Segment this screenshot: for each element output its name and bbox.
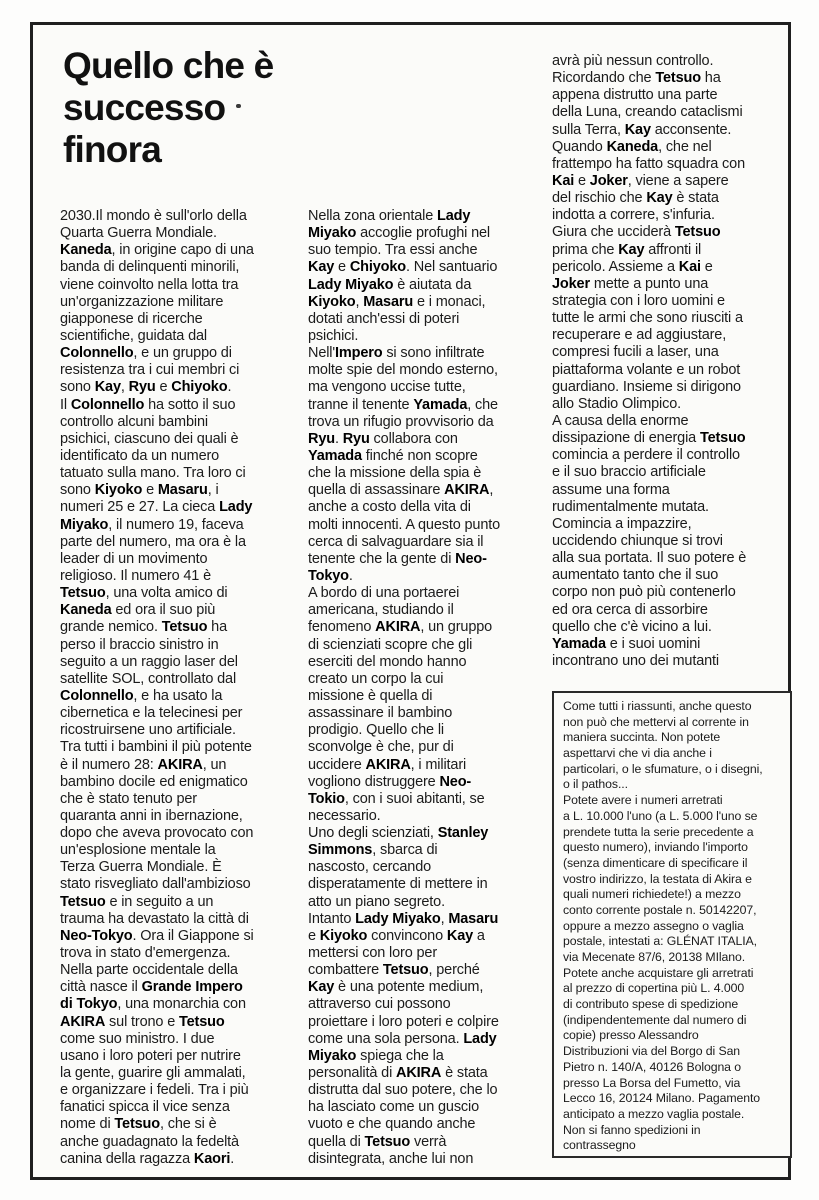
- text-run: e in seguito a un: [106, 894, 214, 910]
- text-line: nascosto, cercando: [308, 859, 546, 876]
- text-run: ha lasciato come un guscio: [308, 1099, 479, 1115]
- text-line: postale, intestati a: GLÉNAT ITALIA,: [563, 934, 782, 950]
- text-run: Uno degli scienziati,: [308, 825, 438, 841]
- text-line: piattaforma volante e un robot: [552, 362, 794, 379]
- text-run: che è stato tenuto per: [60, 791, 197, 807]
- bold-name: Kay: [646, 190, 672, 206]
- text-run: Potete anche acquistare gli arretrati: [563, 966, 753, 980]
- text-run: trova in stato d'emergenza.: [60, 945, 230, 961]
- text-line: canina della ragazza Kaori.: [60, 1151, 298, 1168]
- text-line: anticipato a mezzo vaglia postale.: [563, 1107, 782, 1123]
- text-run: canina della ragazza: [60, 1151, 194, 1167]
- text-run: Quarta Guerra Mondiale.: [60, 225, 217, 241]
- text-run: la gente, guarire gli ammalati,: [60, 1065, 246, 1081]
- text-line: ricostruirsene uno artificiale.: [60, 722, 298, 739]
- bold-name: Tetsuo: [675, 224, 721, 240]
- bold-name: Kay: [625, 122, 651, 138]
- text-line: Miyako, il numero 19, faceva: [60, 517, 298, 534]
- text-run: identificato da un numero: [60, 448, 219, 464]
- text-line: Uno degli scienziati, Stanley: [308, 825, 546, 842]
- text-line: prima che Kay affronti il: [552, 242, 794, 259]
- text-run: , che: [467, 397, 498, 413]
- text-line: missione è quella di: [308, 688, 546, 705]
- text-run: (senza dimenticare di specificare il: [563, 856, 747, 870]
- text-line: contrassegno: [563, 1138, 782, 1154]
- text-line: psichici, ciascuno dei quali è: [60, 431, 298, 448]
- text-line: fenomeno AKIRA, un gruppo: [308, 619, 546, 636]
- text-run: religioso. Il numero 41 è: [60, 568, 211, 584]
- text-line: A causa della enorme: [552, 413, 794, 430]
- bold-name: Kay: [308, 979, 334, 995]
- text-run: quaranta anni in ibernazione,: [60, 808, 243, 824]
- text-run: compresi fucili a laser, una: [552, 344, 719, 360]
- text-run: satellite SOL, controllato dal: [60, 671, 236, 687]
- text-run: . Ora il Giappone si: [133, 928, 254, 944]
- text-run: Pietro n. 140/A, 40126 Bologna o: [563, 1060, 741, 1074]
- text-run: resistenza tra i cui membri ci: [60, 362, 239, 378]
- text-run: anche a costo della vita di: [308, 499, 471, 515]
- text-run: , che si è: [160, 1116, 217, 1132]
- text-run: frattempo ha fatto squadra con: [552, 156, 745, 172]
- text-line: Quando Kaneda, che nel: [552, 139, 794, 156]
- text-run: prodigio. Quello che li: [308, 722, 444, 738]
- text-line: quello che c'è vicino a lui.: [552, 619, 794, 636]
- text-line: particolari, o le sfumature, o i disegni…: [563, 762, 782, 778]
- text-line: di Tokyo, una monarchia con: [60, 996, 298, 1013]
- text-run: ,: [489, 482, 493, 498]
- text-run: un'organizzazione militare: [60, 294, 223, 310]
- text-run: incontrano uno dei mutanti: [552, 653, 719, 669]
- text-line: trauma ha devastato la città di: [60, 911, 298, 928]
- text-line: Kai e Joker, viene a sapere: [552, 173, 794, 190]
- text-run: cerca di salvaguardare sia il: [308, 534, 483, 550]
- text-line: a L. 10.000 l'uno (a L. 5.000 l'uno se: [563, 809, 782, 825]
- bold-name: Masaru: [448, 911, 498, 927]
- text-run: quello che c'è vicino a lui.: [552, 619, 712, 635]
- text-run: quella di assassinare: [308, 482, 444, 498]
- text-run: grande nemico.: [60, 619, 162, 635]
- bold-name: Impero: [335, 345, 382, 361]
- bold-name: Tetsuo: [365, 1134, 411, 1150]
- back-issues-info-box: Come tutti i riassunti, anche questonon …: [552, 691, 792, 1158]
- text-run: acconsente.: [651, 122, 731, 138]
- bold-name: Tokyo: [308, 568, 349, 584]
- text-run: tatuato sulla mano. Tra loro ci: [60, 465, 246, 481]
- text-run: fenomeno: [308, 619, 375, 635]
- text-run: , perché: [428, 962, 479, 978]
- text-run: aumentato tanto che il suo: [552, 567, 718, 583]
- text-run: disintegrata, anche lui non: [308, 1151, 473, 1167]
- text-run: dotati anch'essi di poteri: [308, 311, 459, 327]
- text-run: .: [349, 568, 353, 584]
- text-line: distrutta dal suo potere, che lo: [308, 1082, 546, 1099]
- text-run: e: [142, 482, 158, 498]
- text-line: presso La Borsa del Fumetto, via: [563, 1076, 782, 1092]
- text-column-2: Nella zona orientale LadyMiyako accoglie…: [308, 208, 546, 1168]
- bold-name: AKIRA: [396, 1065, 441, 1081]
- text-line: e il suo braccio artificiale: [552, 464, 794, 481]
- text-run: finché non scopre: [362, 448, 478, 464]
- text-line: di contributo spese di spedizione: [563, 997, 782, 1013]
- text-line: Colonnello, e ha usato la: [60, 688, 298, 705]
- text-line: conto corrente postale n. 50142207,: [563, 903, 782, 919]
- bold-name: Stanley: [438, 825, 489, 841]
- text-line: rudimentalmente mutata.: [552, 499, 794, 516]
- text-line: Terza Guerra Mondiale. È: [60, 859, 298, 876]
- text-run: vuoto e che quando anche: [308, 1116, 475, 1132]
- text-line: personalità di AKIRA è stata: [308, 1065, 546, 1082]
- text-line: quali numeri richiedete!) a mezzo: [563, 887, 782, 903]
- text-run: Tra tutti i bambini il più potente: [60, 739, 252, 755]
- text-line: che è stato tenuto per: [60, 791, 298, 808]
- bold-name: Tetsuo: [162, 619, 208, 635]
- text-line: la gente, guarire gli ammalati,: [60, 1065, 298, 1082]
- text-line: recuperare e ad aggiustare,: [552, 327, 794, 344]
- text-run: postale, intestati a: GLÉNAT ITALIA,: [563, 934, 757, 948]
- bold-name: Kaneda: [607, 139, 658, 155]
- text-line: maniera succinta. Non potete: [563, 730, 782, 746]
- text-line: eserciti del mondo hanno: [308, 654, 546, 671]
- text-line: Neo-Tokyo. Ora il Giappone si: [60, 928, 298, 945]
- text-line: americana, studiando il: [308, 602, 546, 619]
- text-run: Nella parte occidentale della: [60, 962, 238, 978]
- text-run: è stata: [441, 1065, 487, 1081]
- text-run: nome di: [60, 1116, 114, 1132]
- text-run: trauma ha devastato la città di: [60, 911, 249, 927]
- text-run: si sono infiltrate: [382, 345, 484, 361]
- text-line: bambino docile ed enigmatico: [60, 774, 298, 791]
- text-run: quella di: [308, 1134, 365, 1150]
- text-run: , un gruppo: [420, 619, 492, 635]
- bold-name: Ryu: [129, 379, 156, 395]
- text-line: del rischio che Kay è stata: [552, 190, 794, 207]
- text-line: tranne il tenente Yamada, che: [308, 397, 546, 414]
- bold-name: Miyako: [60, 517, 108, 533]
- text-run: pericolo. Assieme a: [552, 259, 679, 275]
- text-line: come suo ministro. I due: [60, 1031, 298, 1048]
- text-line: Kaneda, in origine capo di una: [60, 242, 298, 259]
- text-line: Giura che ucciderà Tetsuo: [552, 224, 794, 241]
- bold-name: Simmons: [308, 842, 372, 858]
- text-line: appena distrutto una parte: [552, 87, 794, 104]
- text-line: Potete avere i numeri arretrati: [563, 793, 782, 809]
- text-line: come una sola persona. Lady: [308, 1031, 546, 1048]
- bold-name: Kiyoko: [320, 928, 367, 944]
- bold-name: Neo-Tokyo: [60, 928, 133, 944]
- text-line: disperatamente di mettere in: [308, 876, 546, 893]
- text-run: viene coinvolto nella lotta tra: [60, 277, 238, 293]
- text-run: , il numero 19, faceva: [108, 517, 243, 533]
- text-run: Comincia a impazzire,: [552, 516, 691, 532]
- text-line: Colonnello, e un gruppo di: [60, 345, 298, 362]
- text-run: perso il braccio sinistro in: [60, 637, 219, 653]
- bold-name: Yamada: [413, 397, 467, 413]
- text-line: Miyako spiega che la: [308, 1048, 546, 1065]
- text-run: e organizzare i fedeli. Tra i più: [60, 1082, 249, 1098]
- text-run: di scienziati scopre che gli: [308, 637, 472, 653]
- text-line: è il numero 28: AKIRA, un: [60, 757, 298, 774]
- text-line: Tetsuo, una volta amico di: [60, 585, 298, 602]
- text-run: parte del numero, ma ora è la: [60, 534, 246, 550]
- text-line: leader di un movimento: [60, 551, 298, 568]
- text-line: Quello che è: [63, 45, 273, 87]
- text-run: è stata: [672, 190, 718, 206]
- text-run: bambino docile ed enigmatico: [60, 774, 248, 790]
- text-line: vostro indirizzo, la testata di Akira e: [563, 872, 782, 888]
- page-title: Quello che èsuccessofinora: [63, 45, 273, 171]
- text-run: .: [227, 379, 231, 395]
- text-run: e: [308, 928, 320, 944]
- text-line: assume una forma: [552, 482, 794, 499]
- text-run: o il pathos...: [563, 777, 628, 791]
- text-run: proiettare i loro poteri e colpire: [308, 1014, 499, 1030]
- bold-name: Tetsuo: [60, 894, 106, 910]
- text-line: prendete tutta la serie precedente a: [563, 825, 782, 841]
- text-run: e il suo braccio artificiale: [552, 464, 706, 480]
- text-line: Potete anche acquistare gli arretrati: [563, 966, 782, 982]
- text-line: Simmons, sbarca di: [308, 842, 546, 859]
- text-line: stato risvegliato dall'ambizioso: [60, 876, 298, 893]
- text-line: al prezzo di copertina più L. 4.000: [563, 981, 782, 997]
- text-run: uccidendo chiunque si trovi: [552, 533, 723, 549]
- text-line: dissipazione di energia Tetsuo: [552, 430, 794, 447]
- text-line: viene coinvolto nella lotta tra: [60, 277, 298, 294]
- text-run: (indipendentemente dal numero di: [563, 1013, 746, 1027]
- text-line: copie) presso Alessandro: [563, 1028, 782, 1044]
- text-run: maniera succinta. Non potete: [563, 730, 720, 744]
- text-run: comincia a perdere il controllo: [552, 447, 740, 463]
- text-run: , in origine capo di una: [111, 242, 253, 258]
- text-run: questo numero), inviando l'importo: [563, 840, 748, 854]
- text-line: Non si fanno spedizioni in: [563, 1123, 782, 1139]
- text-run: contrassegno: [563, 1138, 636, 1152]
- text-line: Tetsuo e in seguito a un: [60, 894, 298, 911]
- text-run: conto corrente postale n. 50142207,: [563, 903, 756, 917]
- bold-name: Grande Impero: [142, 979, 243, 995]
- text-line: successo: [63, 87, 273, 129]
- bold-name: Chiyoko: [171, 379, 227, 395]
- text-run: ha: [701, 70, 721, 86]
- text-run: Giura che ucciderà: [552, 224, 675, 240]
- text-line: alla sua portata. Il suo potere è: [552, 550, 794, 567]
- text-run: anche guadagnato la fedeltà: [60, 1134, 239, 1150]
- text-line: Il Colonnello ha sotto il suo: [60, 397, 298, 414]
- text-run: .: [230, 1151, 234, 1167]
- text-line: (indipendentemente dal numero di: [563, 1013, 782, 1029]
- scanned-recap-page: Quello che èsuccessofinora 2030.Il mondo…: [0, 0, 819, 1200]
- text-line: quella di Tetsuo verrà: [308, 1134, 546, 1151]
- text-line: banda di delinquenti minorili,: [60, 259, 298, 276]
- text-run: è aiutata da: [393, 277, 471, 293]
- bold-name: Neo-: [455, 551, 487, 567]
- text-line: atto un piano segreto.: [308, 894, 546, 911]
- text-line: perso il braccio sinistro in: [60, 637, 298, 654]
- text-line: o il pathos...: [563, 777, 782, 793]
- text-line: Ricordando che Tetsuo ha: [552, 70, 794, 87]
- text-line: (senza dimenticare di specificare il: [563, 856, 782, 872]
- bold-name: Miyako: [308, 1048, 356, 1064]
- text-line: Intanto Lady Miyako, Masaru: [308, 911, 546, 928]
- text-run: eserciti del mondo hanno: [308, 654, 466, 670]
- text-line: molti innocenti. A questo punto: [308, 517, 546, 534]
- text-run: , una volta amico di: [106, 585, 228, 601]
- text-line: controllo alcuni bambini: [60, 414, 298, 431]
- bold-name: Lady: [219, 499, 252, 515]
- text-line: creato un corpo la cui: [308, 671, 546, 688]
- text-run: del rischio che: [552, 190, 646, 206]
- text-run: convincono: [367, 928, 447, 944]
- text-run: un'esplosione mentale la: [60, 842, 216, 858]
- text-run: attraverso cui possono: [308, 996, 451, 1012]
- bold-name: Tetsuo: [700, 430, 746, 446]
- text-line: satellite SOL, controllato dal: [60, 671, 298, 688]
- text-line: incontrano uno dei mutanti: [552, 653, 794, 670]
- text-run: è una potente medium,: [334, 979, 483, 995]
- text-line: della Luna, creando cataclismi: [552, 104, 794, 121]
- text-line: uccidere AKIRA, i militari: [308, 757, 546, 774]
- bold-name: Lady: [437, 208, 470, 224]
- text-run: necessario.: [308, 808, 381, 824]
- bold-name: Chiyoko: [350, 259, 406, 275]
- text-line: aspettarvi che vi dia anche i: [563, 746, 782, 762]
- text-line: un'organizzazione militare: [60, 294, 298, 311]
- text-run: , un: [203, 757, 227, 773]
- text-run: anticipato a mezzo vaglia postale.: [563, 1107, 744, 1121]
- text-run: vogliono distruggere: [308, 774, 439, 790]
- text-run: tutte le armi che sono riusciti a: [552, 310, 743, 326]
- text-line: trova in stato d'emergenza.: [60, 945, 298, 962]
- text-run: sul trono e: [105, 1014, 179, 1030]
- text-line: proiettare i loro poteri e colpire: [308, 1014, 546, 1031]
- text-run: di contributo spese di spedizione: [563, 997, 738, 1011]
- text-line: Nella parte occidentale della: [60, 962, 298, 979]
- text-run: Quello che è: [63, 45, 273, 86]
- text-line: Lady Miyako è aiutata da: [308, 277, 546, 294]
- text-run: ,: [121, 379, 129, 395]
- text-line: Yamada e i suoi uomini: [552, 636, 794, 653]
- bold-name: Tetsuo: [114, 1116, 160, 1132]
- bold-name: AKIRA: [60, 1014, 105, 1030]
- text-run: strategia con i loro uomini e: [552, 293, 725, 309]
- text-run: affronti il: [644, 242, 701, 258]
- text-run: avrà più nessun controllo.: [552, 53, 713, 69]
- text-line: AKIRA sul trono e Tetsuo: [60, 1014, 298, 1031]
- text-line: vuoto e che quando anche: [308, 1116, 546, 1133]
- text-line: giapponese di ricerche: [60, 311, 298, 328]
- text-line: tatuato sulla mano. Tra loro ci: [60, 465, 298, 482]
- text-line: sono Kay, Ryu e Chiyoko.: [60, 379, 298, 396]
- text-run: psichici.: [308, 328, 358, 344]
- text-run: alla sua portata. Il suo potere è: [552, 550, 746, 566]
- text-run: stato risvegliato dall'ambizioso: [60, 876, 251, 892]
- text-run: leader di un movimento: [60, 551, 207, 567]
- text-run: spiega che la: [356, 1048, 443, 1064]
- text-run: non può che mettervi al corrente in: [563, 715, 749, 729]
- text-run: aspettarvi che vi dia anche i: [563, 746, 712, 760]
- text-line: suo tempio. Tra essi anche: [308, 242, 546, 259]
- text-line: A bordo di una portaerei: [308, 585, 546, 602]
- text-line: Lecco 16, 20124 Milano. Pagamento: [563, 1091, 782, 1107]
- text-run: dopo che aveva provocato con: [60, 825, 253, 841]
- text-column-1: 2030.Il mondo è sull'orlo dellaQuarta Gu…: [60, 208, 298, 1168]
- text-run: americana, studiando il: [308, 602, 454, 618]
- text-run: mettersi con loro per: [308, 945, 437, 961]
- text-line: via Mecenate 87/6, 20138 MIlano.: [563, 950, 782, 966]
- text-line: Kay è una potente medium,: [308, 979, 546, 996]
- bold-name: Masaru: [363, 294, 413, 310]
- bold-name: Kay: [447, 928, 473, 944]
- text-line: necessario.: [308, 808, 546, 825]
- text-line: Nella zona orientale Lady: [308, 208, 546, 225]
- bold-name: Kay: [95, 379, 121, 395]
- text-line: città nasce il Grande Impero: [60, 979, 298, 996]
- text-run: presso La Borsa del Fumetto, via: [563, 1076, 740, 1090]
- text-run: combattere: [308, 962, 383, 978]
- text-line: di scienziati scopre che gli: [308, 637, 546, 654]
- text-run: tranne il tenente: [308, 397, 413, 413]
- text-run: banda di delinquenti minorili,: [60, 259, 239, 275]
- text-run: .: [335, 431, 343, 447]
- text-line: disintegrata, anche lui non: [308, 1151, 546, 1168]
- text-run: . Nel santuario: [406, 259, 497, 275]
- text-run: oppure a mezzo assegno o vaglia: [563, 919, 744, 933]
- text-run: verrà: [410, 1134, 446, 1150]
- text-line: combattere Tetsuo, perché: [308, 962, 546, 979]
- text-line: nome di Tetsuo, che si è: [60, 1116, 298, 1133]
- text-run: missione è quella di: [308, 688, 432, 704]
- text-line: oppure a mezzo assegno o vaglia: [563, 919, 782, 935]
- bold-name: Joker: [590, 173, 628, 189]
- text-line: scientifiche, guidata dal: [60, 328, 298, 345]
- bold-name: Tetsuo: [179, 1014, 225, 1030]
- text-line: Tra tutti i bambini il più potente: [60, 739, 298, 756]
- text-run: ha sotto il suo: [144, 397, 235, 413]
- text-line: anche a costo della vita di: [308, 499, 546, 516]
- text-run: A bordo di una portaerei: [308, 585, 459, 601]
- text-run: recuperare e ad aggiustare,: [552, 327, 726, 343]
- bold-name: Kaneda: [60, 602, 111, 618]
- text-line: uccidendo chiunque si trovi: [552, 533, 794, 550]
- bold-name: Miyako: [308, 225, 356, 241]
- text-line: compresi fucili a laser, una: [552, 344, 794, 361]
- bold-name: Joker: [552, 276, 590, 292]
- text-run: scientifiche, guidata dal: [60, 328, 207, 344]
- text-line: Kaneda ed ora il suo più: [60, 602, 298, 619]
- bold-name: Kiyoko: [308, 294, 355, 310]
- text-line: Tokyo.: [308, 568, 546, 585]
- text-run: collabora con: [370, 431, 458, 447]
- text-line: tenente che la gente di Neo-: [308, 551, 546, 568]
- text-run: allo Stadio Olimpico.: [552, 396, 681, 412]
- bold-name: Masaru: [158, 482, 208, 498]
- text-run: ha: [207, 619, 227, 635]
- text-line: ha lasciato come un guscio: [308, 1099, 546, 1116]
- text-line: sulla Terra, Kay acconsente.: [552, 122, 794, 139]
- bold-name: AKIRA: [366, 757, 411, 773]
- text-run: e: [701, 259, 713, 275]
- text-run: dissipazione di energia: [552, 430, 700, 446]
- text-line: 2030.Il mondo è sull'orlo della: [60, 208, 298, 225]
- text-line: cibernetica e la telecinesi per: [60, 705, 298, 722]
- text-line: dotati anch'essi di poteri: [308, 311, 546, 328]
- text-run: nascosto, cercando: [308, 859, 431, 875]
- text-line: sconvolge è che, pur di: [308, 739, 546, 756]
- bold-name: Ryu: [308, 431, 335, 447]
- bold-name: Lady: [463, 1031, 496, 1047]
- text-run: particolari, o le sfumature, o i disegni…: [563, 762, 763, 776]
- bold-name: Kay: [308, 259, 334, 275]
- text-line: sono Kiyoko e Masaru, i: [60, 482, 298, 499]
